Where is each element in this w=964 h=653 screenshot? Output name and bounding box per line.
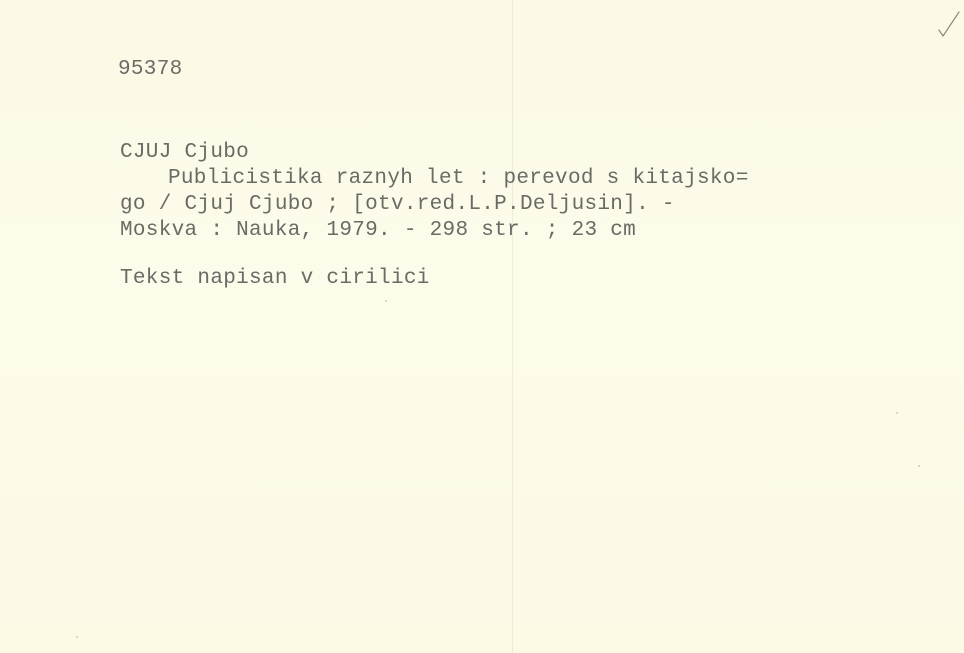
paper-speck bbox=[385, 300, 387, 302]
title-line-2: go / Cjuj Cjubo ; [otv.red.L.P.Deljusin]… bbox=[120, 192, 675, 218]
paper-speck bbox=[896, 412, 898, 414]
author-heading: CJUJ Cjubo bbox=[120, 140, 249, 166]
paper-speck bbox=[76, 636, 78, 638]
publication-line: Moskva : Nauka, 1979. - 298 str. ; 23 cm bbox=[120, 218, 636, 244]
catalog-card: 95378 CJUJ Cjubo Publicistika raznyh let… bbox=[0, 0, 964, 653]
checkmark-icon bbox=[935, 10, 961, 40]
accession-number: 95378 bbox=[118, 57, 183, 83]
card-fold-line bbox=[512, 0, 513, 653]
paper-speck bbox=[918, 465, 920, 467]
script-note: Tekst napisan v cirilici bbox=[120, 266, 430, 292]
title-line-1: Publicistika raznyh let : perevod s kita… bbox=[168, 166, 749, 192]
